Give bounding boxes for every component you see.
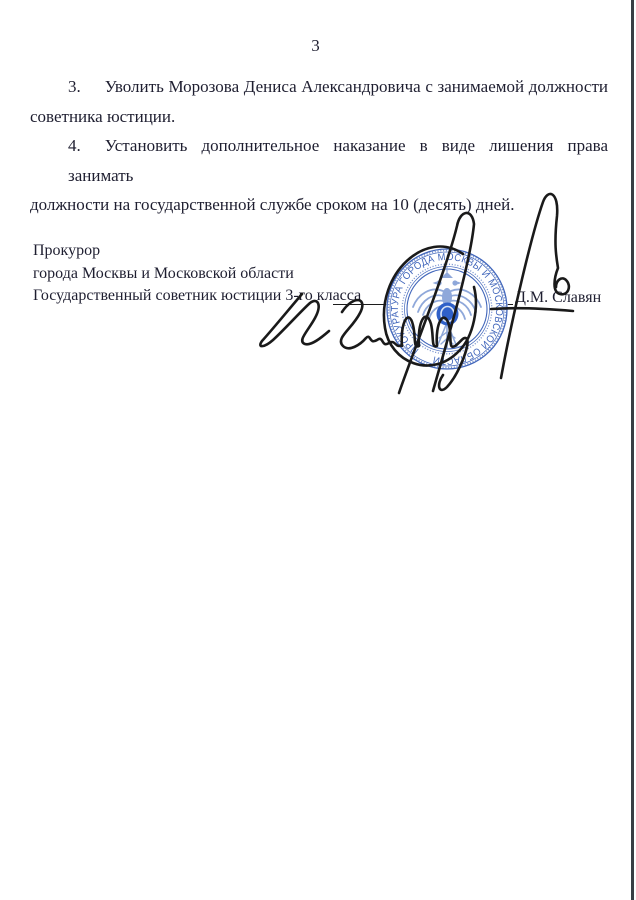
paragraph-3-line-2: советника юстиции.	[30, 102, 608, 132]
signature-stroke-horizontal	[491, 308, 573, 311]
document-page: { "page": { "number": "3" }, "document":…	[0, 0, 636, 900]
page-number: 3	[0, 36, 631, 56]
handwritten-signature	[250, 188, 580, 400]
paragraph-4-text: Установить дополнительное наказание в ви…	[68, 136, 608, 185]
paragraph-3: 3.Уволить Морозова Дениса Александровича…	[30, 72, 608, 131]
signature-stroke-d	[260, 294, 329, 346]
paragraph-4-line-1: 4.Установить дополнительное наказание в …	[30, 131, 608, 190]
signature-stroke-tall-loop	[399, 213, 474, 393]
paragraph-3-number: 3.	[68, 77, 81, 96]
signature-stroke-right-loop	[501, 194, 569, 378]
paragraph-3-line-1: 3.Уволить Морозова Дениса Александровича…	[30, 72, 608, 102]
paragraph-4-number: 4.	[68, 136, 81, 155]
viewer-edge-line	[631, 0, 634, 900]
signature-strokes	[260, 194, 573, 393]
signature-stroke-s	[341, 300, 402, 348]
paragraph-3-text: Уволить Морозова Дениса Александровича с…	[105, 77, 608, 96]
